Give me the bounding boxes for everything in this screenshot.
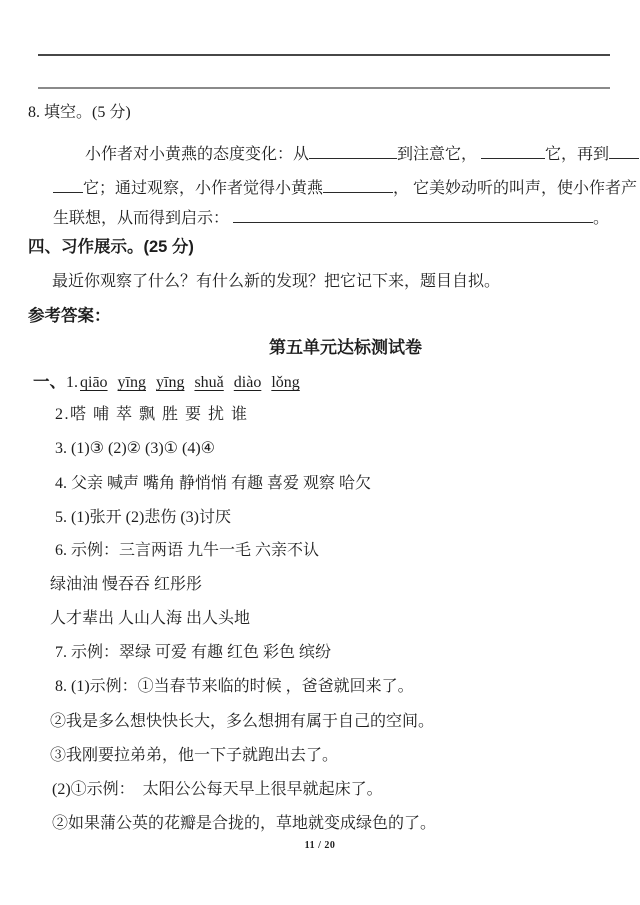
fill-blank [309,141,397,159]
document-page: 8. 填空。(5 分) 小作者对小黄燕的态度变化：从到注意它， 它，再到 它；通… [0,0,640,905]
fill-line-2-seg2: ， 它美妙动听的叫声，使小作者产 [393,180,637,197]
fill-blank [481,141,545,159]
pinyin-word: qiāo [80,374,108,391]
fill-line-3: 生联想，从而得到启示： 。 [53,205,609,229]
fill-line-1-seg3: 它，再到 [545,146,609,163]
page-number: 11 / 20 [0,840,640,851]
answer-q6-line2: 绿油油 慢吞吞 红彤彤 [50,575,202,595]
answer-q1-number: 1. [66,374,78,391]
fill-line-2: 它；通过观察，小作者觉得小黄燕， 它美妙动听的叫声，使小作者产 [53,175,637,199]
fill-blank [609,141,639,159]
answer-rule-line [38,87,610,89]
fill-blank [323,175,393,193]
answer-q8-1-line3: ③我刚要拉弟弟，他一下子就跑出去了。 [50,746,338,766]
pinyin-word: yīng [118,374,146,391]
answer-section-one-label: 一、 [33,373,66,391]
answer-q7-line: 7. 示例：翠绿 可爱 有趣 红色 彩色 缤纷 [55,643,331,663]
section-4-heading: 四、习作展示。(25 分) [28,237,194,258]
answer-q1-line: 一、1.qiāoyīngyīngshuǎdiàolǒng [33,372,310,393]
answers-heading: 参考答案： [28,306,111,327]
answer-q4-line: 4. 父亲 喊声 嘴角 静悄悄 有趣 喜爱 观察 哈欠 [55,474,371,494]
fill-line-3-seg2: 。 [593,210,609,227]
answer-q2-line: 2.嗒 哺 萃 飘 胜 要 扰 谁 [55,405,249,425]
answer-q8-1-line2: ②我是多么想快快长大，多么想拥有属于自己的空间。 [50,712,434,732]
answer-q6-line3: 人才辈出 人山人海 出人头地 [50,609,250,629]
section-4-prompt: 最近你观察了什么？有什么新的发现？把它记下来，题目自拟。 [52,272,500,292]
answer-q6-line: 6. 示例：三言两语 九牛一毛 六亲不认 [55,541,319,561]
fill-line-1: 小作者对小黄燕的态度变化：从到注意它， 它，再到 [85,141,639,165]
question-8-text: 8. 填空。(5 分) [28,104,131,121]
pinyin-word: shuǎ [194,374,223,391]
fill-line-1-seg1: 小作者对小黄燕的态度变化：从 [85,146,309,163]
pinyin-word: lǒng [271,374,299,391]
answers-title: 第五单元达标测试卷 [269,337,422,358]
pinyin-word: diào [234,374,262,391]
answer-q8-2-line: (2)①示例： 太阳公公每天早上很早就起床了。 [52,780,383,800]
fill-line-2-seg1: 它；通过观察，小作者觉得小黄燕 [83,180,323,197]
fill-blank [53,175,83,193]
pinyin-word: yīng [156,374,184,391]
fill-line-1-seg2: 到注意它， [397,146,481,163]
fill-line-3-seg1: 生联想，从而得到启示： [53,210,233,227]
answer-q8-2-line2: ②如果蒲公英的花瓣是合拢的，草地就变成绿色的了。 [52,814,436,834]
answer-rule-line [38,54,610,56]
fill-blank [233,205,593,223]
answer-q3-line: 3. (1)③ (2)② (3)① (4)④ [55,439,215,459]
question-8-label: 8. 填空。(5 分) [28,103,131,123]
answer-q8-1-line: 8. (1)示例：①当春节来临的时候 ，爸爸就回来了。 [55,677,414,697]
answer-q5-line: 5. (1)张开 (2)悲伤 (3)讨厌 [55,508,231,528]
